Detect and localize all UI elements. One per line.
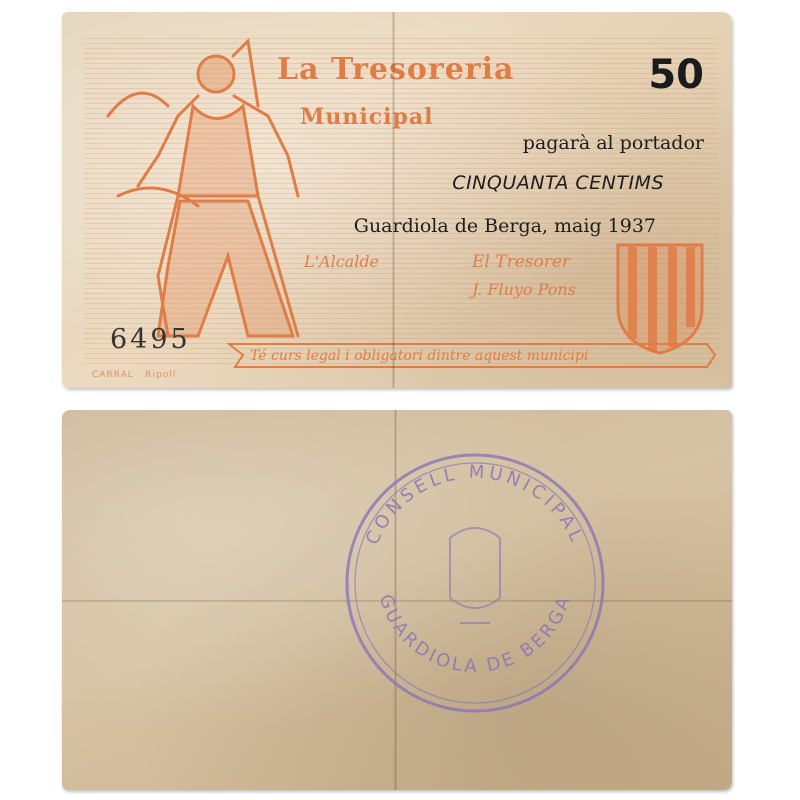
signature-treasurer-label: El Tresorer bbox=[472, 252, 570, 272]
denomination-value: 50 bbox=[648, 52, 704, 98]
banknote-back: CONSELL MUNICIPAL GUARDIOLA DE BERGA bbox=[62, 410, 732, 790]
printer-imprint: CARRAL · Ripoll bbox=[92, 370, 176, 380]
issuer-title-line-2: Municipal bbox=[300, 104, 433, 130]
place-date-text: Guardiola de Berga, maig 1937 bbox=[354, 215, 656, 237]
amount-text: CINQUANTA CENTIMS bbox=[452, 172, 664, 194]
signature-mayor: L'Alcalde bbox=[304, 252, 379, 271]
promise-text: pagarà al portador bbox=[523, 132, 704, 154]
banknote-front: La Tresoreria Municipal 50 pagarà al por… bbox=[62, 12, 732, 388]
seal-text-top: CONSELL MUNICIPAL bbox=[362, 462, 588, 548]
catalan-shield-icon bbox=[612, 237, 708, 357]
fold-crease bbox=[392, 12, 395, 388]
svg-text:CONSELL MUNICIPAL: CONSELL MUNICIPAL bbox=[362, 462, 588, 548]
municipal-seal-stamp: CONSELL MUNICIPAL GUARDIOLA DE BERGA bbox=[340, 448, 610, 718]
issuer-title-line-1: La Tresoreria bbox=[277, 52, 514, 87]
seal-text-bottom: GUARDIOLA DE BERGA bbox=[375, 592, 576, 677]
serial-number: 6495 bbox=[110, 324, 191, 355]
svg-text:GUARDIOLA DE BERGA: GUARDIOLA DE BERGA bbox=[375, 592, 576, 677]
signature-treasurer: J. Fluyo Pons bbox=[472, 280, 576, 299]
legal-tender-text: Té curs legal i obligatori dintre aquest… bbox=[250, 348, 588, 364]
